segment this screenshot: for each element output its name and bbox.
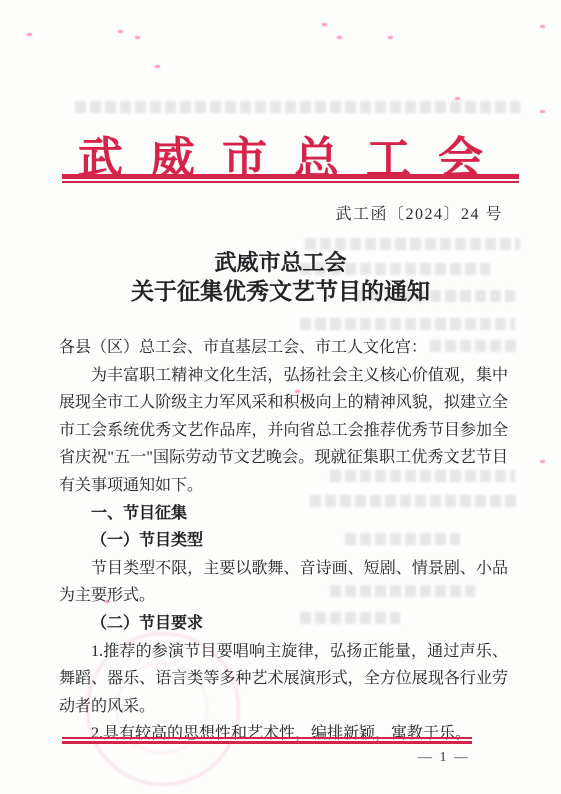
subsection-heading: （二）节目要求 (59, 610, 508, 638)
scan-speck (155, 65, 160, 68)
bleed-through-text (300, 318, 515, 330)
scan-speck (337, 36, 342, 39)
page-number: — 1 — (418, 750, 470, 766)
document-body: 各县（区）总工会、市直基层工会、市工人文化宫： 为丰富职工精神文化生活，弘扬社会… (59, 334, 508, 748)
paragraph: 为丰富职工精神文化生活，弘扬社会主义核心价值观，集中展现全市工人阶级主力军风采和… (59, 362, 508, 500)
scan-speck (118, 30, 123, 33)
salutation: 各县（区）总工会、市直基层工会、市工人文化宫： (59, 334, 508, 362)
scan-speck (540, 110, 545, 113)
scan-speck (27, 33, 32, 36)
scan-speck (540, 460, 545, 463)
bleed-through-text (75, 101, 520, 113)
scan-speck (135, 36, 140, 39)
letterhead-double-rule (62, 174, 519, 183)
paragraph: 节目类型不限，主要以歌舞、音诗画、短剧、情景剧、小品为主要形式。 (59, 555, 508, 610)
scan-speck (540, 25, 545, 28)
scan-speck (322, 23, 327, 26)
subsection-heading: （一）节目类型 (59, 527, 508, 555)
footer-double-rule (62, 737, 472, 744)
document-number: 武工函〔2024〕24 号 (335, 201, 503, 224)
document-title-line1: 武威市总工会 (0, 249, 561, 277)
document-title-line2: 关于征集优秀文艺节目的通知 (0, 277, 561, 307)
scan-speck (455, 97, 460, 100)
paragraph: 1.推荐的参演节目要唱响主旋律，弘扬正能量，通过声乐、舞蹈、器乐、语言类等多种艺… (59, 638, 508, 721)
scanned-document-page: 武威市总工会 武工函〔2024〕24 号 武威市总工会 关于征集优秀文艺节目的通… (0, 0, 561, 794)
section-heading: 一、节目征集 (59, 500, 508, 528)
document-title: 武威市总工会 关于征集优秀文艺节目的通知 (0, 249, 561, 307)
scan-speck (388, 36, 393, 39)
